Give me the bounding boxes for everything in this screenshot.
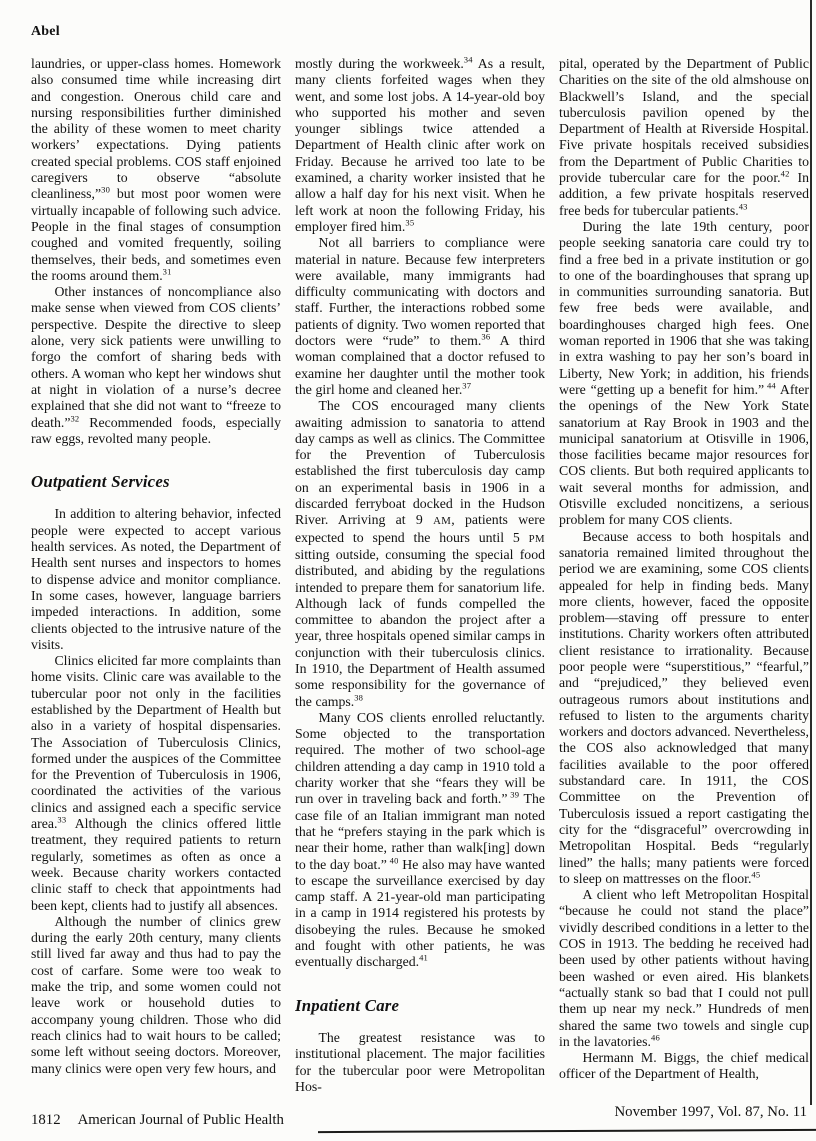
text-column-2: mostly during the workweek.34 As a resul…	[295, 56, 545, 1108]
paragraph: Because access to both hospitals and san…	[559, 529, 809, 888]
paragraph: Hermann M. Biggs, the chief medical offi…	[559, 1050, 809, 1083]
paragraph: Many COS clients enrolled reluctantly. S…	[295, 710, 545, 971]
footnote-ref: 32	[70, 413, 79, 423]
paragraph: The COS encouraged many clients awaiting…	[295, 398, 545, 710]
footnote-ref: 41	[419, 953, 428, 963]
journal-name: American Journal of Public Health	[78, 1112, 284, 1128]
paragraph: Although the number of clinics grew duri…	[31, 914, 281, 1077]
footnote-ref: 42	[781, 168, 790, 178]
article-body: laundries, or upper-class homes. Homewor…	[31, 56, 809, 1108]
paragraph: pital, operated by the Department of Pub…	[559, 56, 809, 219]
section-heading: Inpatient Care	[295, 998, 545, 1014]
journal-page: Abel laundries, or upper-class homes. Ho…	[0, 0, 816, 1141]
page-number: 1812	[31, 1112, 61, 1128]
footnote-ref: 37	[462, 380, 471, 390]
footnote-ref: 30	[101, 185, 110, 195]
footnote-ref: 46	[651, 1032, 660, 1042]
scan-edge-line-vertical	[810, 0, 812, 1105]
paragraph: Not all barriers to compliance were mate…	[295, 235, 545, 398]
text-column-1: laundries, or upper-class homes. Homewor…	[31, 56, 281, 1108]
paragraph: In addition to altering behavior, infect…	[31, 506, 281, 653]
footnote-ref: 33	[57, 814, 66, 824]
paragraph: A client who left Metropolitan Hospital …	[559, 887, 809, 1050]
footnote-ref: 44	[767, 380, 776, 390]
footnote-ref: 36	[481, 331, 490, 341]
footnote-ref: 43	[739, 201, 748, 211]
small-caps-text: PM	[529, 533, 545, 545]
text-column-3: pital, operated by the Department of Pub…	[559, 56, 809, 1108]
footnote-ref: 35	[405, 217, 414, 227]
paragraph: laundries, or upper-class homes. Homewor…	[31, 56, 281, 284]
scan-edge-line-bottom	[318, 1129, 816, 1133]
paragraph: During the late 19th century, poor peopl…	[559, 219, 809, 529]
footnote-ref: 38	[354, 692, 363, 702]
section-heading: Outpatient Services	[31, 474, 281, 490]
footnote-ref: 45	[751, 869, 760, 879]
small-caps-text: AM	[433, 515, 451, 527]
paragraph: mostly during the workweek.34 As a resul…	[295, 56, 545, 235]
paragraph: The greatest resistance was to instituti…	[295, 1030, 545, 1095]
paragraph: Clinics elicited far more complaints tha…	[31, 653, 281, 914]
footer-left: 1812American Journal of Public Health	[31, 1112, 284, 1129]
footnote-ref: 39	[510, 790, 519, 800]
footnote-ref: 31	[163, 266, 172, 276]
running-head: Abel	[31, 24, 60, 40]
issue-info: November 1997, Vol. 87, No. 11	[615, 1104, 808, 1121]
footnote-ref: 34	[464, 56, 473, 64]
footnote-ref: 40	[390, 855, 399, 865]
paragraph: Other instances of noncompliance also ma…	[31, 284, 281, 447]
